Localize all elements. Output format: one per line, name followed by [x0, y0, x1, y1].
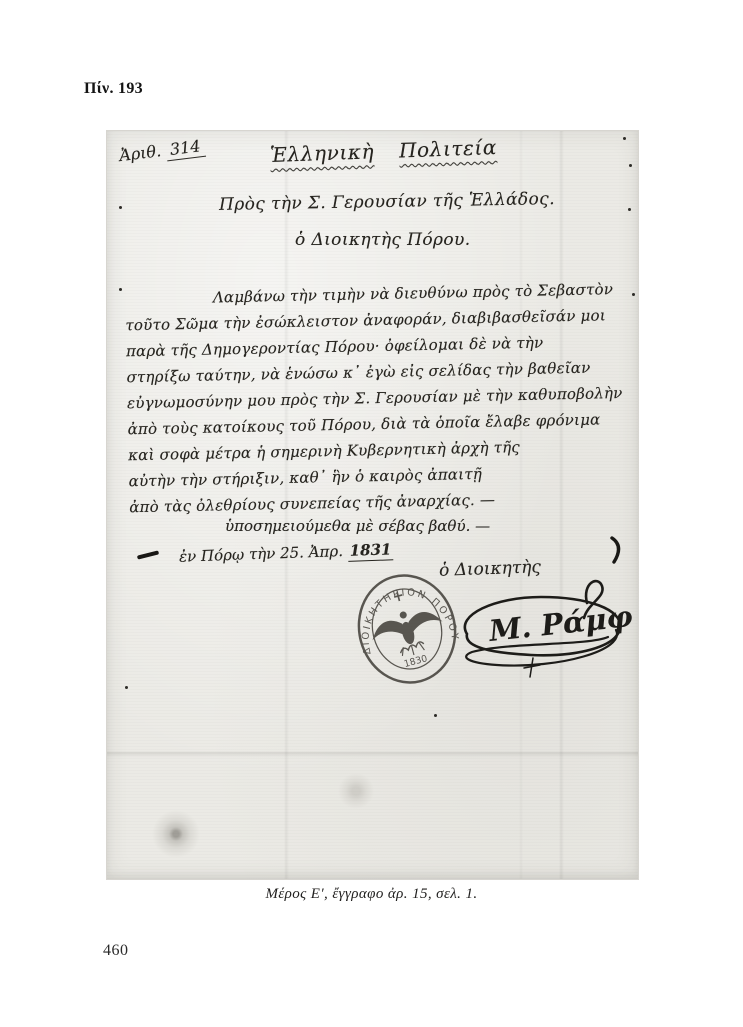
dateline-year: 1831 [347, 540, 393, 562]
plate-label: Πίν. 193 [84, 80, 143, 98]
ink-dash-mark [137, 550, 159, 559]
signature-flourish: Μ. Ράμφ [437, 572, 637, 680]
ink-speck [434, 714, 437, 717]
dateline: ἐν Πόρῳ τὴν 25. Ἀπρ. 1831 [179, 540, 394, 565]
letterhead-word-2: Πολιτεία [399, 135, 498, 162]
ink-speck [119, 288, 122, 291]
dateline-place-date: ἐν Πόρῳ τὴν 25. Ἀπρ. [179, 542, 348, 566]
ink-speck [629, 164, 632, 167]
document-number: Ἀριθ. 314 [118, 136, 205, 165]
ink-speck [623, 137, 626, 140]
stamp-year: 1830 [403, 653, 429, 670]
ink-speck [125, 686, 128, 689]
closing-line: ὑποσημειούμεθα μὲ σέβας βαθύ. — [225, 517, 490, 535]
book-page: { "page": { "plate_label": "Πίν. 193", "… [0, 0, 743, 1027]
ink-hook-mark [609, 536, 627, 564]
sender-line: ὁ Διοικητὴς Πόρου. [295, 230, 471, 250]
letterhead-word-1: Ἑλληνικὴ [270, 139, 375, 167]
document-number-label: Ἀριθ. [118, 141, 162, 165]
letterhead-title: Ἑλληνικὴ Πολιτεία [270, 135, 498, 167]
page-number: 460 [103, 942, 129, 960]
recipient-line: Πρὸς τὴν Σ. Γερουσίαν τῆς Ἑλλάδος. [219, 189, 555, 215]
ink-speck [632, 293, 635, 296]
plate-caption: Μέρος Ε′, ἔγγραφο ἀρ. 15, σελ. 1. [0, 886, 743, 903]
manuscript-scan: Ἀριθ. 314 Ἑλληνικὴ Πολιτεία Πρὸς τὴν Σ. … [106, 130, 639, 880]
ink-speck [119, 206, 122, 209]
ink-speck [628, 208, 631, 211]
letter-body: Λαμβάνω τὴν τιμὴν νὰ διευθύνω πρὸς τὸ Σε… [125, 276, 636, 521]
document-number-value: 314 [165, 136, 206, 162]
